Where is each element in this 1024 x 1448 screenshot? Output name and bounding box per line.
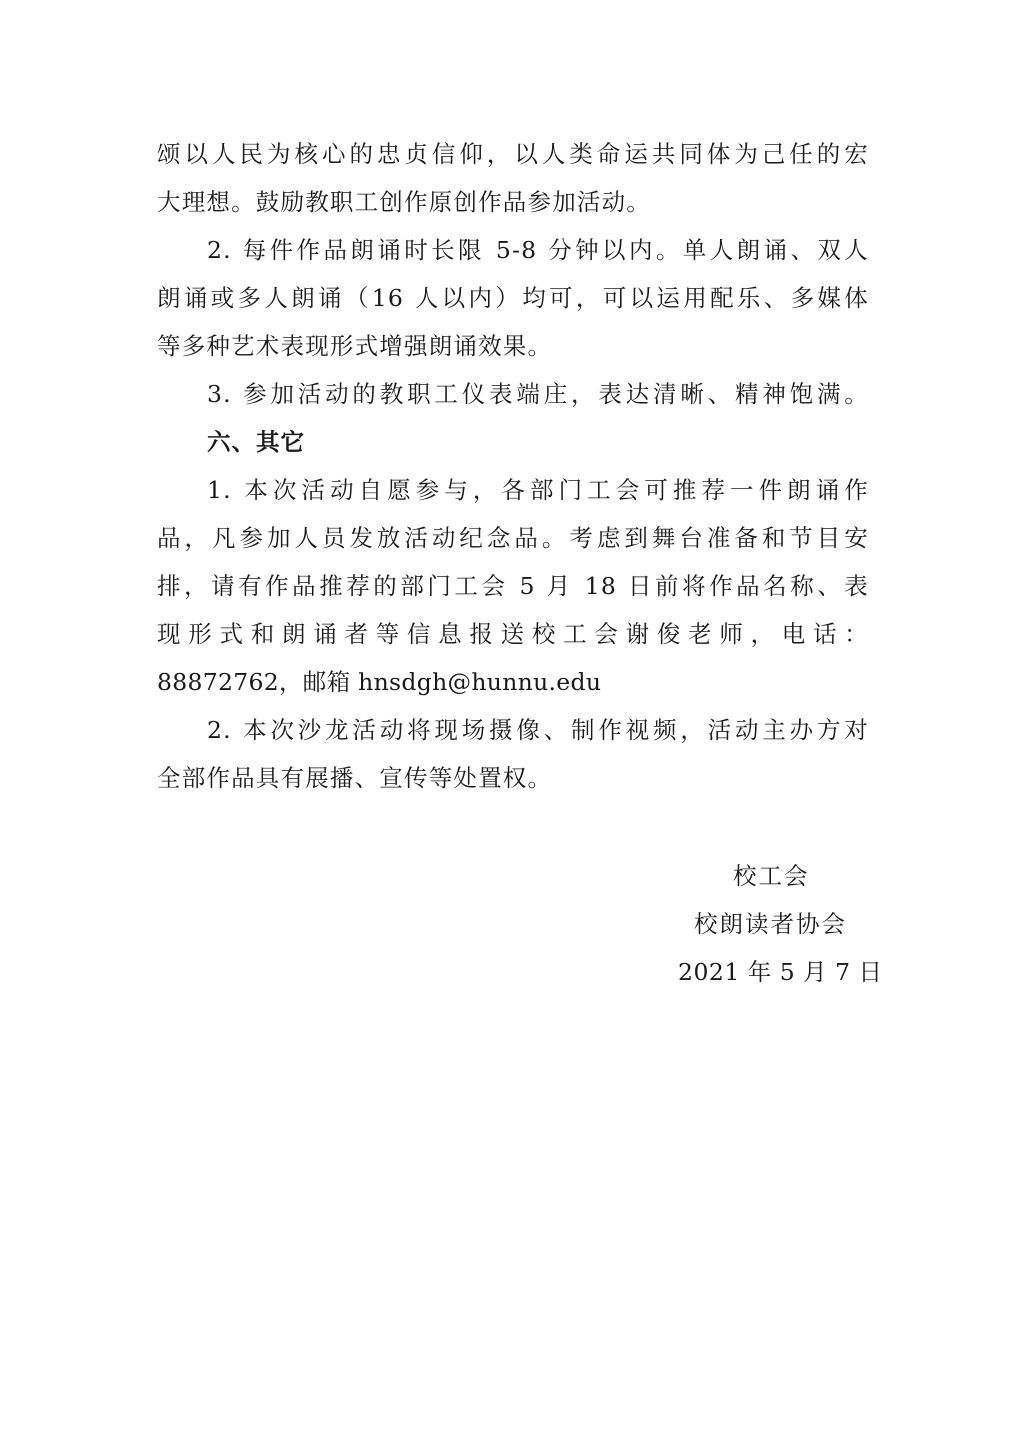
signature-org-union: 校工会 [733, 856, 810, 896]
text-line: 排，请有作品推荐的部门工会 5 月 18 日前将作品名称、表 [157, 566, 869, 606]
contact-line: 88872762，邮箱 hnsdgh@hunnu.edu [157, 662, 869, 702]
signature-date: 2021 年 5 月 7 日 [678, 952, 883, 992]
text-line: 等多种艺术表现形式增强朗诵效果。 [157, 326, 869, 366]
text-line: 全部作品具有展播、宣传等处置权。 [157, 758, 869, 798]
text-line: 大理想。鼓励教职工创作原创作品参加活动。 [157, 182, 869, 222]
text-line: 1. 本次活动自愿参与，各部门工会可推荐一件朗诵作 [207, 470, 869, 510]
signature-org-readers-association: 校朗读者协会 [694, 904, 847, 944]
text-line: 现形式和朗诵者等信息报送校工会谢俊老师，电话： [157, 614, 869, 654]
section-heading-other: 六、其它 [207, 422, 305, 462]
text-line: 颂以人民为核心的忠贞信仰，以人类命运共同体为己任的宏 [157, 134, 869, 174]
text-line: 朗诵或多人朗诵（16 人以内）均可，可以运用配乐、多媒体 [157, 278, 869, 318]
document-page: 颂以人民为核心的忠贞信仰，以人类命运共同体为己任的宏 大理想。鼓励教职工创作原创… [0, 0, 1024, 1448]
text-line: 2. 本次沙龙活动将现场摄像、制作视频，活动主办方对 [207, 710, 869, 750]
text-line: 品，凡参加人员发放活动纪念品。考虑到舞台准备和节目安 [157, 518, 869, 558]
text-line: 3. 参加活动的教职工仪表端庄，表达清晰、精神饱满。 [207, 374, 869, 414]
text-line: 2. 每件作品朗诵时长限 5-8 分钟以内。单人朗诵、双人 [207, 230, 869, 270]
